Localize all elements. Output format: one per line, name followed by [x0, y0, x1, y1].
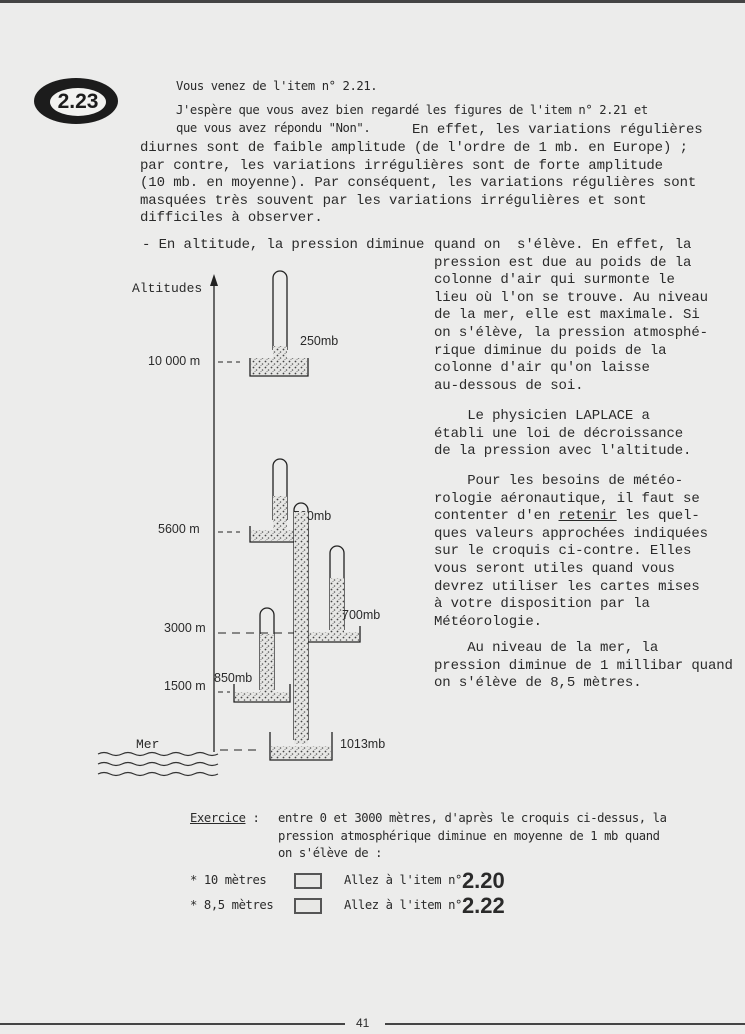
altitude-label-1500: 1500 m [164, 679, 206, 693]
text-line: difficiles à observer. [140, 210, 696, 228]
goto-item-1[interactable]: 2.20 [462, 868, 505, 894]
text-line: colonne d'air qui surmonte le [434, 272, 708, 290]
text-line: rique diminue du poids de la [434, 343, 708, 361]
goto-text-1: Allez à l'item n° [344, 872, 462, 890]
para1-line1: J'espère que vous avez bien regardé les … [176, 102, 648, 120]
answer-option-2[interactable]: * 8,5 mètres Allez à l'item n° 2.22 [190, 893, 505, 919]
pressure-label-250: 250mb [300, 334, 338, 348]
text-line: colonne d'air qu'on laisse [434, 360, 708, 378]
para1-line2: que vous avez répondu "Non". [176, 120, 370, 138]
barometer-altitude-diagram: Altitudes 10 000 m 250mb 5600 m 500mb 30… [90, 270, 430, 780]
altitude-label-5600: 5600 m [158, 522, 200, 536]
goto-text-2: Allez à l'item n° [344, 897, 462, 915]
text-line: entre 0 et 3000 mètres, d'après le croqu… [278, 810, 667, 828]
footer-rule-right [385, 1023, 745, 1025]
text-line: quand on s'élève. En effet, la [434, 237, 708, 255]
sea-level-text: Au niveau de la mer, lapression diminue … [434, 640, 733, 693]
answer-label-2: * 8,5 mètres [190, 897, 298, 915]
text-line: Au niveau de la mer, la [434, 640, 733, 658]
laplace-text: Le physicien LAPLACE aétabli une loi de … [434, 408, 691, 461]
text-line: sur le croquis ci-contre. Elles [434, 543, 708, 561]
axis-label: Altitudes [132, 281, 202, 296]
text-line: diurnes sont de faible amplitude (de l'o… [140, 140, 696, 158]
besoins-text: Pour les besoins de météo-rologie aérona… [434, 473, 708, 631]
text-line: établi une loi de décroissance [434, 426, 691, 444]
altitude-text: quand on s'élève. En effet, lapression e… [434, 237, 708, 395]
text-line: (10 mb. en moyenne). Par conséquent, les… [140, 175, 696, 193]
besoins-line-retenir: contenter d'en retenir les quel- [434, 508, 708, 526]
answer-option-1[interactable]: * 10 mètres Allez à l'item n° 2.20 [190, 868, 505, 894]
exercise-label: Exercice [190, 811, 246, 825]
text-line: rologie aéronautique, il faut se [434, 491, 708, 509]
goto-item-2[interactable]: 2.22 [462, 893, 505, 919]
retenir-underlined: retenir [559, 508, 617, 524]
text-line: vous seront utiles quand vous [434, 561, 708, 579]
text-line: au-dessous de soi. [434, 378, 708, 396]
para1-cont-first: En effet, les variations régulières [412, 122, 703, 140]
altitude-label-3000: 3000 m [164, 621, 206, 635]
top-rule [0, 0, 745, 3]
text-line: masquées très souvent par les variations… [140, 193, 696, 211]
text-line: Météorologie. [434, 614, 708, 632]
text-line: pression est due au poids de la [434, 255, 708, 273]
altitude-label-10000: 10 000 m [148, 354, 200, 368]
text-line: on s'élève, la pression atmosphé- [434, 325, 708, 343]
intro-text: Vous venez de l'item n° 2.21. [176, 78, 377, 96]
text-line: on s'élève de 8,5 mètres. [434, 675, 733, 693]
text-line: à votre disposition par la [434, 596, 708, 614]
answer-label-1: * 10 mètres [190, 872, 298, 890]
pressure-label-700: 700mb [342, 608, 380, 622]
sea-label: Mer [136, 737, 159, 752]
text-line: ques valeurs approchées indiquées [434, 526, 708, 544]
text-line: on s'élève de : [278, 845, 667, 863]
pressure-label-850: 850mb [214, 671, 252, 685]
footer-rule-left [0, 1023, 345, 1025]
exercise-block: Exercice : [190, 810, 259, 828]
text-line: de la pression avec l'altitude. [434, 443, 691, 461]
text-line: devrez utiliser les cartes mises [434, 579, 708, 597]
text-line: par contre, les variations irrégulières … [140, 158, 696, 176]
text-line: pression diminue de 1 millibar quand [434, 658, 733, 676]
text-line: Le physicien LAPLACE a [434, 408, 691, 426]
answer-checkbox-2[interactable] [294, 898, 322, 914]
text-line: Pour les besoins de météo- [434, 473, 708, 491]
text-line: de la mer, elle est maximale. Si [434, 307, 708, 325]
item-number-badge: 2.23 [34, 78, 118, 124]
text-line: pression atmosphérique diminue en moyenn… [278, 828, 667, 846]
pressure-label-1013: 1013mb [340, 737, 385, 751]
exercise-question: entre 0 et 3000 mètres, d'après le croqu… [278, 810, 667, 863]
page-number: 41 [356, 1016, 369, 1030]
answer-checkbox-1[interactable] [294, 873, 322, 889]
altitude-lead: - En altitude, la pression diminue [142, 237, 424, 255]
text-line: lieu où l'on se trouve. Au niveau [434, 290, 708, 308]
exercise-label-line: Exercice : [190, 810, 259, 828]
item-number: 2.23 [50, 88, 106, 116]
para1-continuation: diurnes sont de faible amplitude (de l'o… [140, 140, 696, 228]
